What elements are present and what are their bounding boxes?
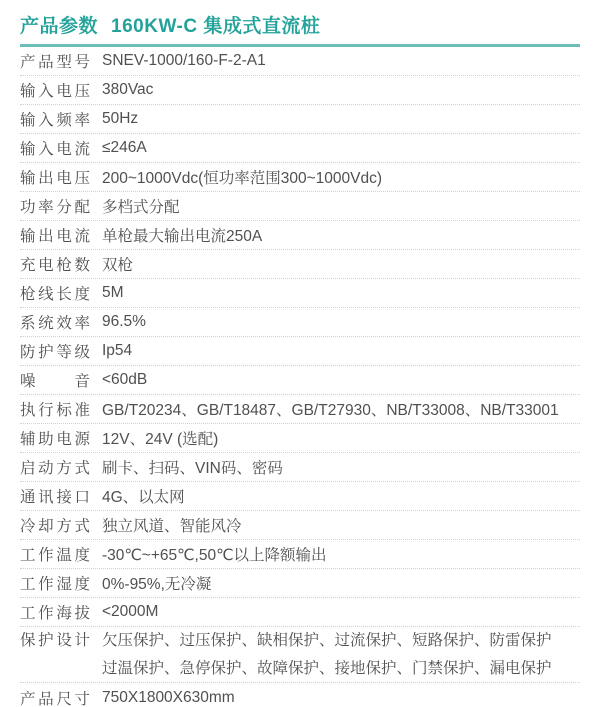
spec-row-start-mode: 启动方式 刷卡、扫码、VIN码、密码 — [20, 453, 580, 482]
spec-label: 噪音 — [20, 369, 90, 391]
spec-value: 4G、以太网 — [102, 485, 580, 507]
spec-label: 工作湿度 — [20, 572, 90, 594]
spec-row-input-voltage: 输入电压 380Vac — [20, 76, 580, 105]
spec-label: 工作海拔 — [20, 601, 90, 623]
spec-value: 50Hz — [102, 110, 580, 128]
spec-row-model: 产品型号 SNEV-1000/160-F-2-A1 — [20, 47, 580, 76]
spec-row-input-frequency: 输入频率 50Hz — [20, 105, 580, 134]
spec-label: 防护等级 — [20, 340, 90, 362]
page-title-product: 160KW-C 集成式直流桩 — [111, 16, 320, 37]
spec-row-protection-design: 保护设计 欠压保护、过压保护、缺相保护、过流保护、短路保护、防雷保护 过温保护、… — [20, 627, 580, 683]
spec-value: 380Vac — [102, 81, 580, 99]
spec-label: 冷却方式 — [20, 514, 90, 536]
spec-row-efficiency: 系统效率 96.5% — [20, 308, 580, 337]
spec-row-gun-count: 充电枪数 双枪 — [20, 250, 580, 279]
spec-value: 刷卡、扫码、VIN码、密码 — [102, 456, 580, 478]
spec-row-communication: 通讯接口 4G、以太网 — [20, 482, 580, 511]
spec-value: 单枪最大输出电流250A — [102, 224, 580, 246]
spec-value: 5M — [102, 284, 580, 302]
spec-row-cooling: 冷却方式 独立风道、智能风冷 — [20, 511, 580, 540]
spec-value: 独立风道、智能风冷 — [102, 514, 580, 536]
page-header: 产品参数160KW-C 集成式直流桩 — [0, 0, 600, 47]
spec-label: 通讯接口 — [20, 485, 90, 507]
spec-label: 产品型号 — [20, 50, 90, 72]
spec-label: 系统效率 — [20, 311, 90, 333]
spec-value: <2000M — [102, 603, 580, 621]
spec-value-line-2: 过温保护、急停保护、故障保护、接地保护、门禁保护、漏电保护 — [102, 655, 580, 683]
spec-value-line-1: 欠压保护、过压保护、缺相保护、过流保护、短路保护、防雷保护 — [102, 627, 580, 655]
spec-value: SNEV-1000/160-F-2-A1 — [102, 52, 580, 70]
spec-label: 输入电压 — [20, 79, 90, 101]
spec-row-dimensions: 产品尺寸 750X1800X630mm — [20, 683, 580, 707]
spec-row-output-current: 输出电流 单枪最大输出电流250A — [20, 221, 580, 250]
spec-row-altitude: 工作海拔 <2000M — [20, 598, 580, 627]
spec-row-noise: 噪音 <60dB — [20, 366, 580, 395]
spec-value: 12V、24V (选配) — [102, 427, 580, 449]
spec-label: 启动方式 — [20, 456, 90, 478]
spec-value: 200~1000Vdc(恒功率范围300~1000Vdc) — [102, 166, 580, 188]
spec-label: 辅助电源 — [20, 427, 90, 449]
spec-label: 输出电流 — [20, 224, 90, 246]
spec-label: 输出电压 — [20, 166, 90, 188]
spec-label: 工作温度 — [20, 543, 90, 565]
spec-label: 充电枪数 — [20, 253, 90, 275]
spec-label: 输入频率 — [20, 108, 90, 130]
spec-label: 功率分配 — [20, 195, 90, 217]
spec-value: 多档式分配 — [102, 195, 580, 217]
spec-table: 产品型号 SNEV-1000/160-F-2-A1 输入电压 380Vac 输入… — [0, 47, 600, 707]
spec-row-output-voltage: 输出电压 200~1000Vdc(恒功率范围300~1000Vdc) — [20, 163, 580, 192]
spec-value: GB/T20234、GB/T18487、GB/T27930、NB/T33008、… — [102, 398, 580, 420]
spec-value: <60dB — [102, 371, 580, 389]
spec-value: 0%-95%,无冷凝 — [102, 572, 580, 594]
spec-row-power-allocation: 功率分配 多档式分配 — [20, 192, 580, 221]
spec-row-input-current: 输入电流 ≤246A — [20, 134, 580, 163]
spec-label: 输入电流 — [20, 137, 90, 159]
spec-row-standards: 执行标准 GB/T20234、GB/T18487、GB/T27930、NB/T3… — [20, 395, 580, 424]
spec-value: 欠压保护、过压保护、缺相保护、过流保护、短路保护、防雷保护 过温保护、急停保护、… — [102, 627, 580, 683]
spec-value: -30℃~+65℃,50℃以上降额输出 — [102, 543, 580, 565]
page-title-section: 产品参数 — [20, 16, 98, 37]
spec-label: 执行标准 — [20, 398, 90, 420]
spec-row-work-temperature: 工作温度 -30℃~+65℃,50℃以上降额输出 — [20, 540, 580, 569]
spec-value: 750X1800X630mm — [102, 689, 580, 707]
page-title: 产品参数160KW-C 集成式直流桩 — [20, 11, 580, 38]
spec-value: ≤246A — [102, 139, 580, 157]
spec-label: 保护设计 — [20, 627, 90, 655]
spec-label: 枪线长度 — [20, 282, 90, 304]
spec-row-work-humidity: 工作湿度 0%-95%,无冷凝 — [20, 569, 580, 598]
spec-row-protection-grade: 防护等级 Ip54 — [20, 337, 580, 366]
spec-row-aux-power: 辅助电源 12V、24V (选配) — [20, 424, 580, 453]
spec-value: 双枪 — [102, 253, 580, 275]
spec-value: 96.5% — [102, 313, 580, 331]
spec-value: Ip54 — [102, 342, 580, 360]
spec-label: 产品尺寸 — [20, 687, 90, 707]
spec-row-cable-length: 枪线长度 5M — [20, 279, 580, 308]
